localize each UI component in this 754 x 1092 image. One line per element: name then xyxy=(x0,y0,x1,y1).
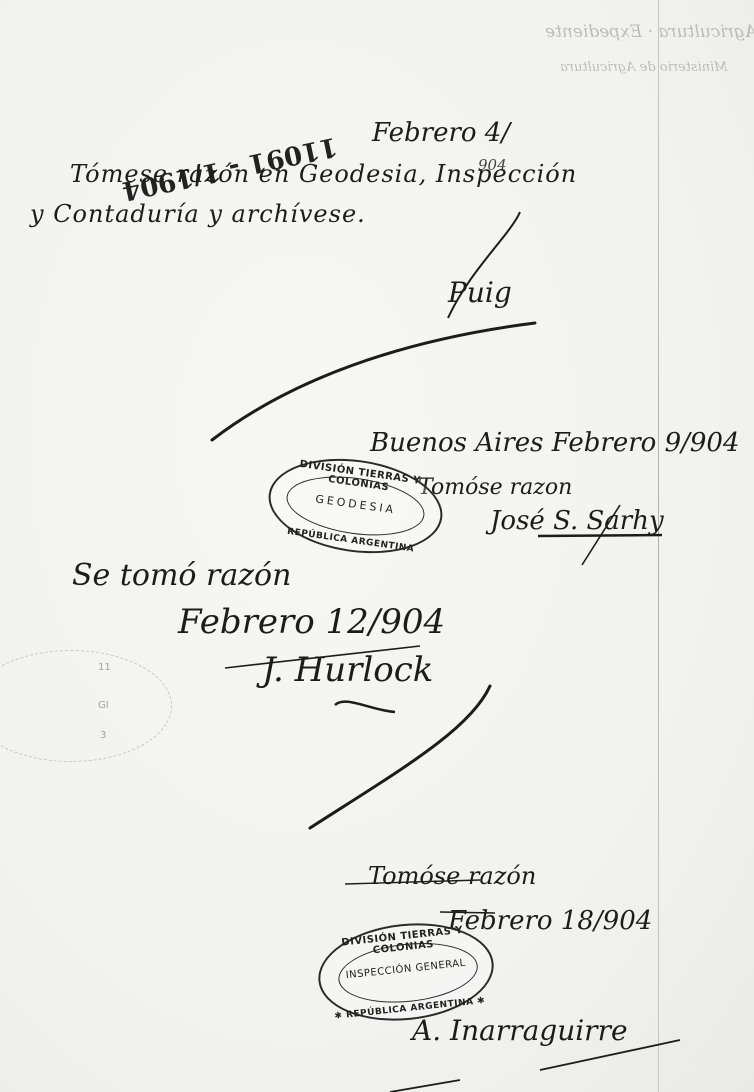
entry4-note: Tomóse razón xyxy=(368,862,536,890)
document-page: Agricultura · Expediente Ministerio de A… xyxy=(0,0,754,1092)
entry4-signature: A. Inarraguirre xyxy=(412,1014,628,1047)
entry3-date: Febrero 12/904 xyxy=(178,602,445,642)
faded-stamp-line-1: 11 xyxy=(98,662,111,673)
entry3-signature: J. Hurlock xyxy=(262,650,433,690)
faded-stamp-line-3: 3 xyxy=(100,730,106,741)
entry2-place-date: Buenos Aires Febrero 9/904 xyxy=(370,428,740,458)
entry3-note: Se tomó razón xyxy=(72,558,291,593)
entry2-signature: José S. Sarhy xyxy=(490,506,664,536)
faded-stamp-line-2: GI xyxy=(98,700,109,711)
